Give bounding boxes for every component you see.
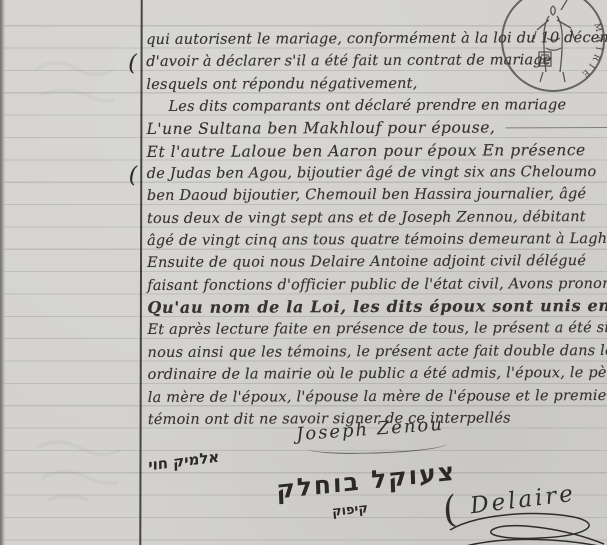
manuscript-text-block: qui autorisent le mariage, conformément … [146,27,604,431]
bleed-through-mark [30,50,120,120]
scanned-register-page: MAIRIE qui autorisent le mariage, confor… [0,0,607,545]
manuscript-line: âgé de vingt cinq ans tous quatre témoin… [147,228,603,252]
manuscript-line: la mère de l'époux, l'épouse la mère de … [148,385,604,409]
hebrew-signature-center: צעוקל בוחלק [276,457,456,505]
manuscript-line: faisant fonctions d'officier public de l… [147,273,603,297]
manuscript-line: ben Daoud bijoutier, Chemouil ben Hassir… [147,183,603,207]
signature-flourish [436,508,607,545]
manuscript-line: ordinaire de la mairie où le public a ét… [148,362,604,386]
page-binding-edge [0,0,5,545]
manuscript-line: d'avoir à déclarer s'il a été fait un co… [146,49,602,73]
manuscript-line: Les dits comparants ont déclaré prendre … [146,94,602,118]
manuscript-line: Et l'autre Laloue ben Aaron pour époux E… [147,139,603,163]
manuscript-line: lesquels ont répondu négativement, [146,72,602,96]
manuscript-line: Qu'au nom de la Loi, les dits époux sont… [147,295,603,319]
manuscript-line: de Judas ben Agou, bijoutier âgé de ving… [147,161,603,185]
manuscript-line: qui autorisent le mariage, conformément … [146,27,602,51]
margin-rule [139,0,142,545]
manuscript-line: L'une Sultana ben Makhlouf pour épouse, [147,116,603,140]
hebrew-signature-small: קיפוק [331,501,368,520]
manuscript-line: nous ainsi que les témoins, le présent a… [147,340,603,364]
manuscript-line: Et après lecture faite en présence de to… [147,317,603,341]
manuscript-line: Ensuite de quoi nous Delaire Antoine adj… [147,250,603,274]
hebrew-signature-left: אלמיק חוי [148,448,219,475]
bleed-through-mark [28,430,128,510]
manuscript-line: tous deux de vingt sept ans et de Joseph… [147,206,603,230]
